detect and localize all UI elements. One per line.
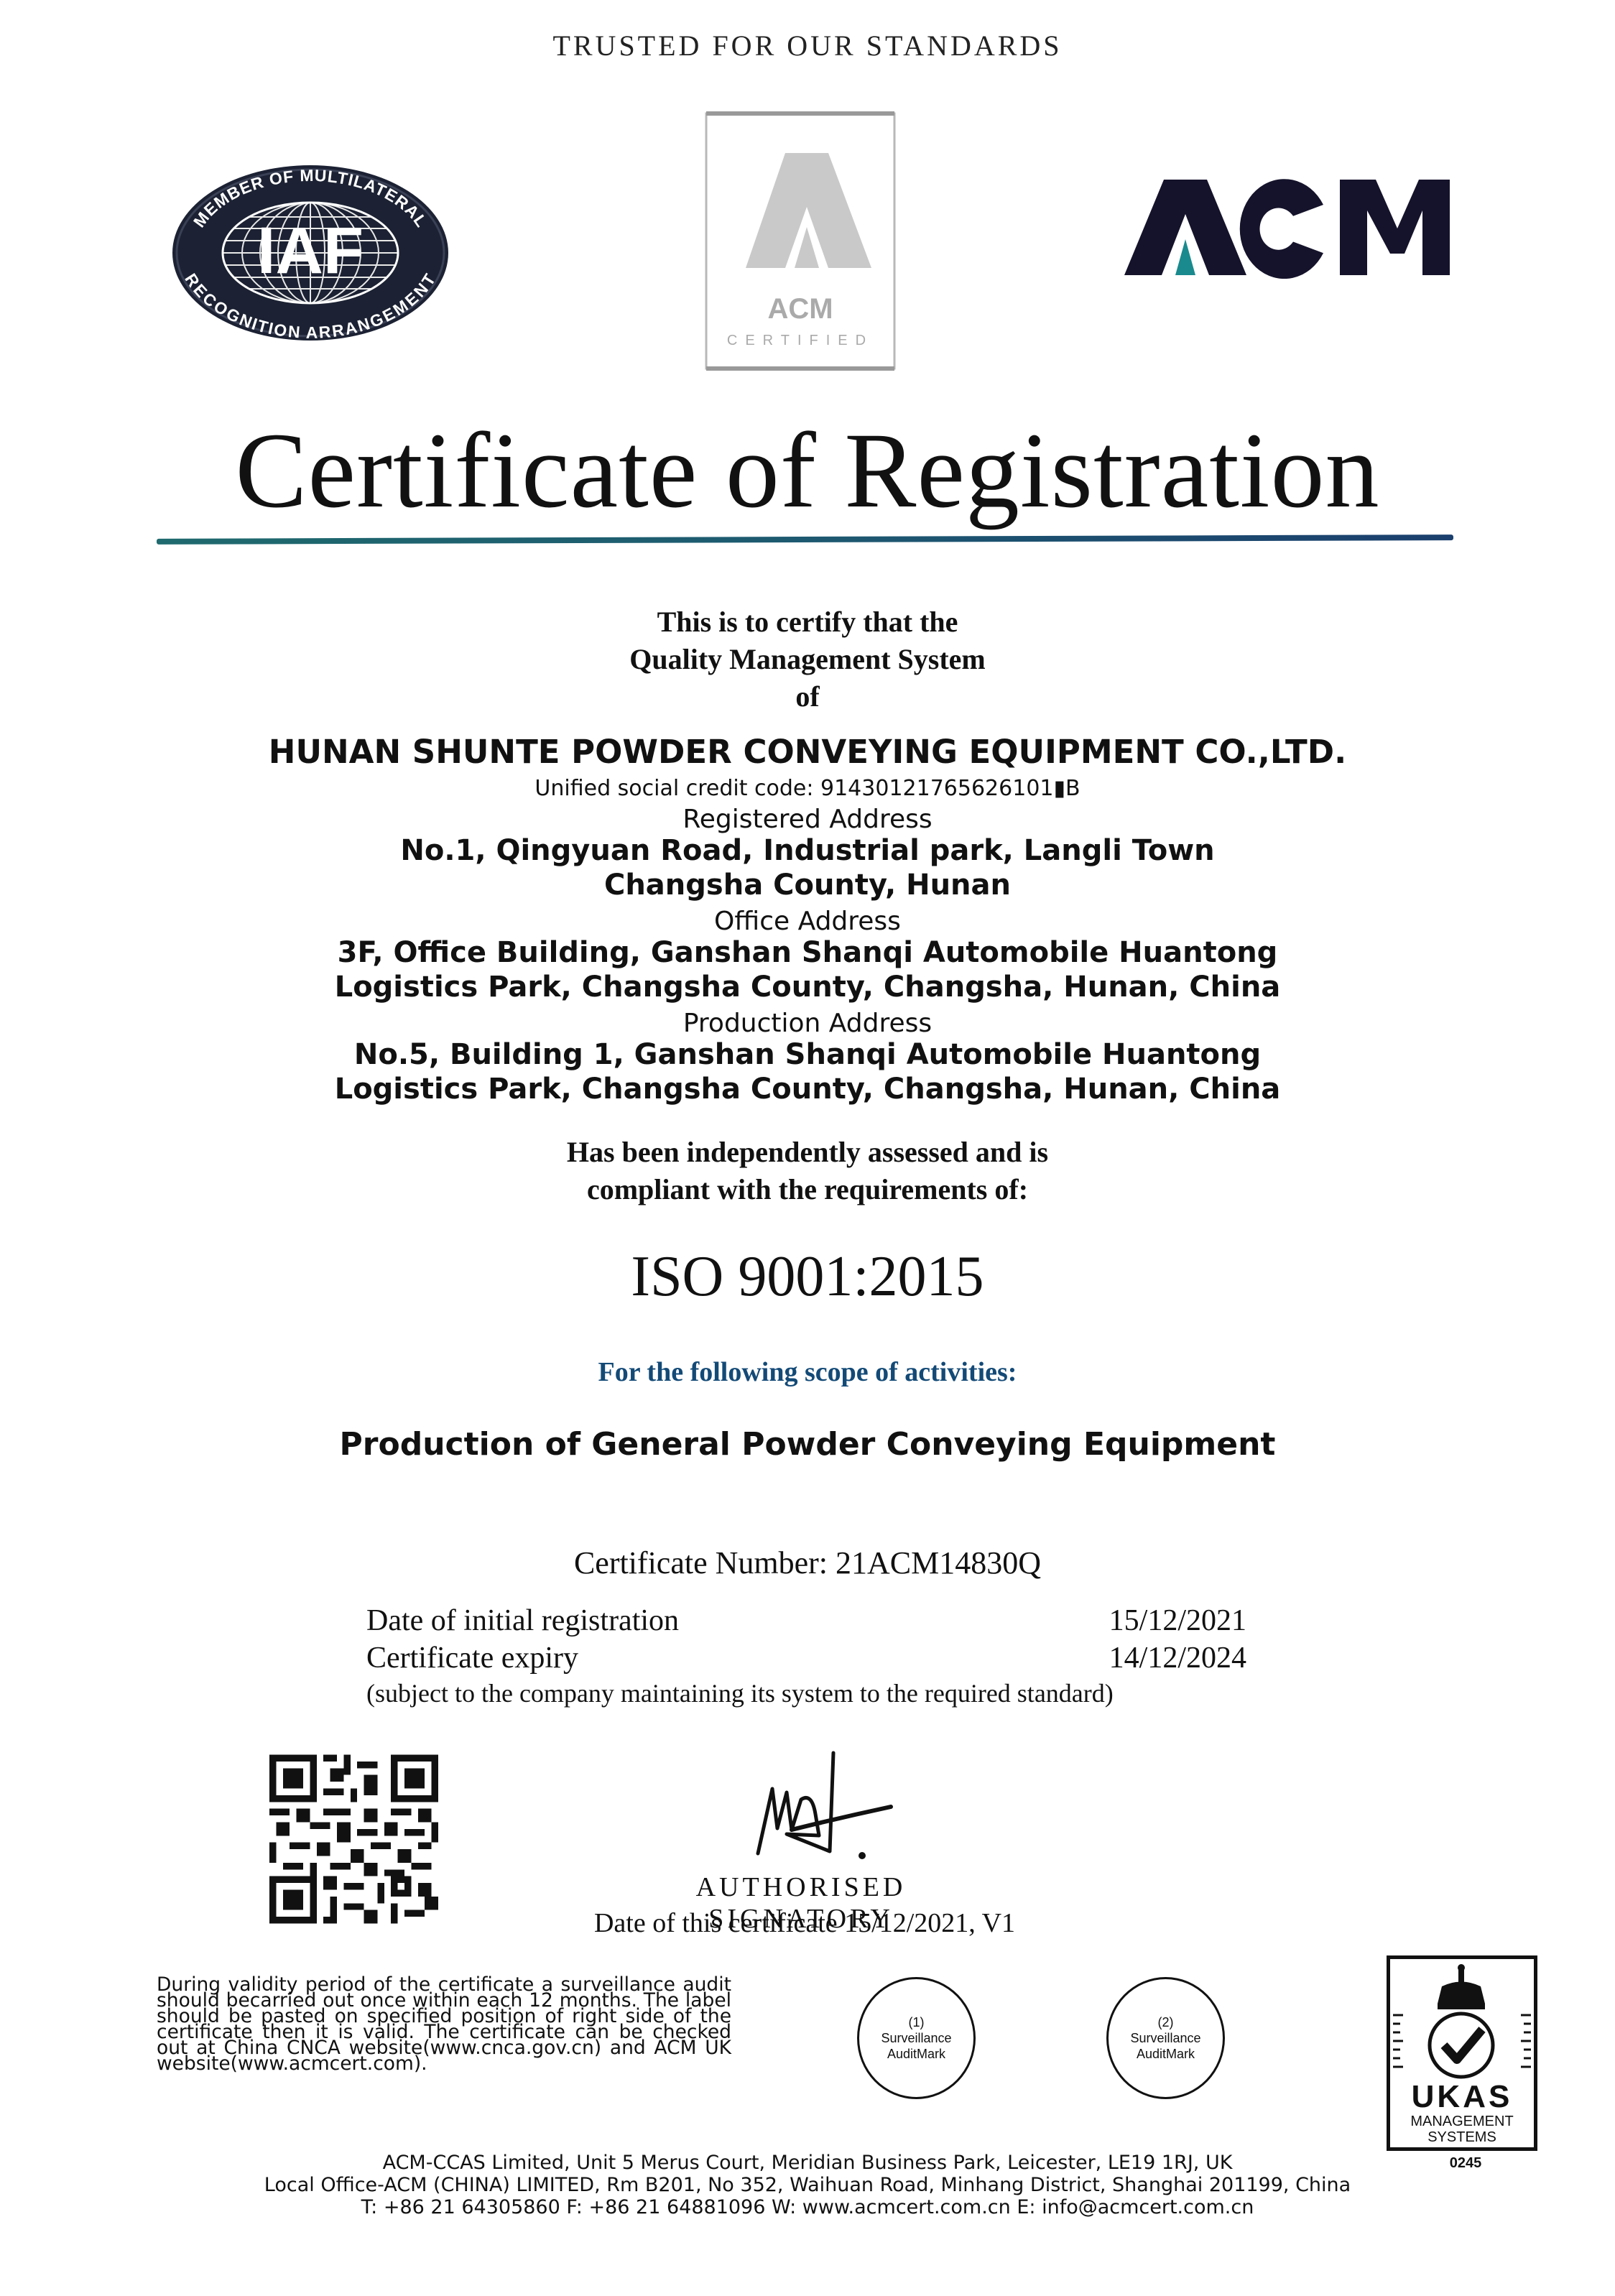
- footer-line-2: Local Office-ACM (CHINA) LIMITED, Rm B20…: [0, 2174, 1615, 2196]
- certify-line-3: of: [0, 678, 1615, 716]
- title-divider: [157, 534, 1453, 545]
- office-address-line-1: 3F, Office Building, Ganshan Shanqi Auto…: [0, 935, 1615, 970]
- audit-mark-line-2: AuditMark: [887, 2046, 945, 2062]
- signature-scribble-icon: [711, 1749, 912, 1864]
- svg-text:ACM: ACM: [767, 293, 833, 325]
- credit-code: Unified social credit code: 914301217656…: [0, 776, 1615, 801]
- surveillance-audit-mark-1: (1) Surveillance AuditMark: [857, 1977, 976, 2099]
- footer-line-3: T: +86 21 64305860 F: +86 21 64881096 W:…: [0, 2196, 1615, 2218]
- office-address-label: Office Address: [0, 905, 1615, 938]
- footer-line-1: ACM-CCAS Limited, Unit 5 Merus Court, Me…: [0, 2152, 1615, 2174]
- iaf-logo: IAF MEMBER OF MULTILATERAL RECOGNITION A…: [167, 159, 454, 346]
- scope-label: For the following scope of activities:: [0, 1356, 1615, 1388]
- production-address-line-2: Logistics Park, Changsha County, Changsh…: [0, 1072, 1615, 1106]
- certificate-title: Certificate of Registration: [0, 409, 1615, 532]
- svg-text:UKAS: UKAS: [1412, 2079, 1513, 2114]
- surveillance-note: During validity period of the certificat…: [157, 1977, 731, 2072]
- assessment-line-2: compliant with the requirements of:: [0, 1171, 1615, 1208]
- audit-mark-line-1: Surveillance: [1130, 2030, 1200, 2046]
- registered-address-line-2: Changsha County, Hunan: [0, 868, 1615, 902]
- acm-logo: [1121, 171, 1451, 279]
- qr-code[interactable]: [269, 1753, 438, 1925]
- initial-registration-date: 15/12/2021: [1109, 1603, 1246, 1638]
- iso-standard: ISO 9001:2015: [0, 1244, 1615, 1310]
- svg-text:IAF: IAF: [257, 214, 364, 287]
- tagline: TRUSTED FOR OUR STANDARDS: [0, 29, 1615, 63]
- production-address-label: Production Address: [0, 1007, 1615, 1040]
- acm-a-icon: ACM CERTIFIED: [703, 99, 898, 379]
- production-address-line-1: No.5, Building 1, Ganshan Shanqi Automob…: [0, 1037, 1615, 1072]
- registered-address-label: Registered Address: [0, 803, 1615, 836]
- company-name: HUNAN SHUNTE POWDER CONVEYING EQUIPMENT …: [0, 733, 1615, 771]
- audit-mark-line-1: Surveillance: [881, 2030, 951, 2046]
- surveillance-audit-mark-2: (2) Surveillance AuditMark: [1106, 1977, 1225, 2099]
- svg-text:CERTIFIED: CERTIFIED: [727, 333, 874, 348]
- certificate-number: Certificate Number: 21ACM14830Q: [0, 1545, 1615, 1581]
- svg-text:MANAGEMENT: MANAGEMENT: [1410, 2114, 1513, 2129]
- certificate-expiry-date: 14/12/2024: [1109, 1641, 1246, 1675]
- audit-mark-line-2: AuditMark: [1137, 2046, 1195, 2062]
- initial-registration-label: Date of initial registration: [366, 1603, 679, 1638]
- subject-note: (subject to the company maintaining its …: [366, 1678, 1114, 1708]
- acm-certified-emblem: ACM CERTIFIED: [703, 99, 898, 379]
- scope-of-activities: Production of General Powder Conveying E…: [0, 1426, 1615, 1463]
- office-address-line-2: Logistics Park, Changsha County, Changsh…: [0, 970, 1615, 1004]
- ukas-logo: UKAS MANAGEMENT SYSTEMS: [1387, 1955, 1537, 2151]
- registered-address-line-1: No.1, Qingyuan Road, Industrial park, La…: [0, 833, 1615, 868]
- svg-text:SYSTEMS: SYSTEMS: [1427, 2129, 1496, 2145]
- audit-mark-number: (2): [1158, 2014, 1174, 2030]
- certificate-expiry-row: Certificate expiry 14/12/2024: [366, 1641, 1246, 1675]
- certificate-expiry-label: Certificate expiry: [366, 1641, 578, 1675]
- ukas-crown-check-icon: UKAS MANAGEMENT SYSTEMS: [1390, 1959, 1534, 2147]
- qr-code-icon: [269, 1753, 438, 1925]
- certify-line-2: Quality Management System: [0, 641, 1615, 678]
- initial-registration-row: Date of initial registration 15/12/2021: [366, 1603, 1246, 1638]
- audit-mark-number: (1): [909, 2014, 925, 2030]
- assessment-line-1: Has been independently assessed and is: [0, 1134, 1615, 1171]
- acm-logo-icon: [1121, 171, 1451, 279]
- iaf-globe-icon: IAF MEMBER OF MULTILATERAL RECOGNITION A…: [167, 159, 454, 346]
- certify-line-1: This is to certify that the: [0, 603, 1615, 641]
- signature: [711, 1749, 912, 1864]
- certificate-date: Date of this certificate 15/12/2021, V1: [568, 1907, 1042, 1939]
